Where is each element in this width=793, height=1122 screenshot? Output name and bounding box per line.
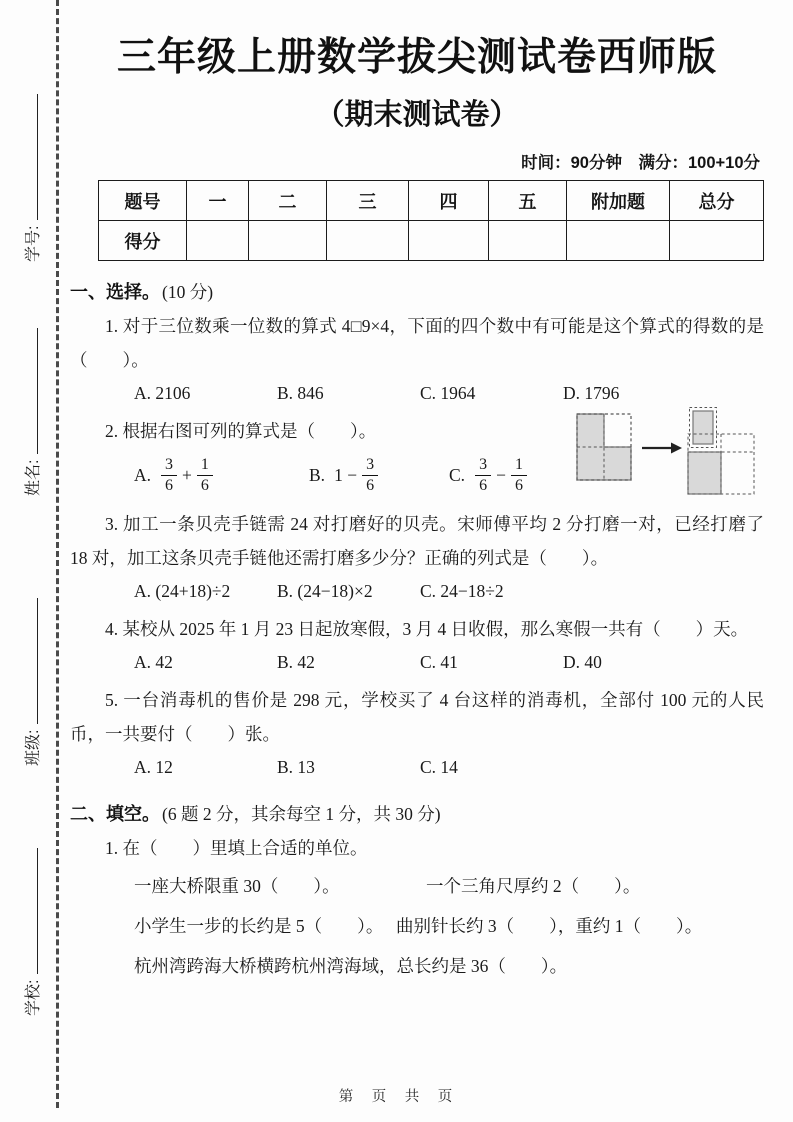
school-blank-line bbox=[25, 848, 38, 974]
option: B. 13 bbox=[277, 751, 420, 783]
question-3-text: 3. 加工一条贝壳手链需 24 对打磨好的贝壳。宋师傅平均 2 分打磨一对，已经… bbox=[70, 507, 764, 575]
name-blank-line bbox=[25, 328, 38, 454]
operator: + bbox=[182, 465, 192, 486]
points-row-label: 得分 bbox=[99, 221, 187, 261]
points-empty-cell bbox=[670, 221, 764, 261]
option-label: A. bbox=[134, 465, 151, 486]
question-4-options: A. 42B. 42C. 41D. 40 bbox=[134, 646, 764, 678]
score-header-cell: 三 bbox=[327, 181, 409, 221]
section-2-heading: 二、填空。(6 题 2 分，其余每空 1 分，共 30 分) bbox=[70, 800, 764, 826]
points-empty-cell bbox=[567, 221, 670, 261]
score-table: 题号 一 二 三 四 五 附加题 总分 得分 bbox=[98, 180, 764, 261]
fill-in-item: 曲别针长约 3（ ），重约 1（ ）。 bbox=[396, 907, 702, 945]
fill-in-line: 一座大桥限重 30（ ）。一个三角尺厚约 2（ ）。 bbox=[134, 867, 764, 905]
fraction: 36 bbox=[161, 456, 177, 495]
score-table-points-row: 得分 bbox=[99, 221, 764, 261]
option: A. (24+18)÷2 bbox=[134, 575, 277, 607]
fraction: 36 bbox=[362, 456, 378, 495]
score-header-cell: 四 bbox=[409, 181, 489, 221]
score-header-cell: 附加题 bbox=[567, 181, 670, 221]
paper-content: 三年级上册数学拔尖测试卷西师版 （期末测试卷） 时间：90分钟 满分：100+1… bbox=[70, 0, 770, 985]
fill-in-line: 杭州湾跨海大桥横跨杭州湾海域，总长约是 36（ ）。 bbox=[134, 947, 764, 985]
score-header-cell: 题号 bbox=[99, 181, 187, 221]
student-info-sidebar: 学号: 姓名: 班级: 学校: bbox=[0, 0, 57, 1122]
operand: 1 − bbox=[334, 465, 357, 486]
score-header-cell: 一 bbox=[187, 181, 249, 221]
section-2-title: 二、填空。 bbox=[70, 804, 160, 824]
option: C. 41 bbox=[420, 646, 563, 678]
left-shaded-grid bbox=[577, 414, 631, 480]
exam-time-score-info: 时间：90分钟 满分：100+10分 bbox=[70, 149, 764, 173]
school-label: 学校: bbox=[25, 980, 42, 1016]
section-2-score: (6 题 2 分，其余每空 1 分，共 30 分) bbox=[162, 804, 441, 824]
points-empty-cell bbox=[187, 221, 249, 261]
sidebar-dashed-divider bbox=[56, 0, 59, 1108]
question-2-text: 2. 根据右图可列的算式是（ ）。 bbox=[70, 414, 540, 448]
class-label: 班级: bbox=[25, 730, 42, 766]
student-number-label: 学号: bbox=[25, 226, 42, 262]
option: B. 846 bbox=[277, 377, 420, 409]
section-1-score: (10 分) bbox=[162, 282, 213, 302]
student-number-blank-line bbox=[25, 94, 38, 220]
option: A. 12 bbox=[134, 751, 277, 783]
fill-in-item: 杭州湾跨海大桥横跨杭州湾海域，总长约是 36（ ）。 bbox=[134, 947, 567, 985]
operator: − bbox=[496, 465, 506, 486]
fraction: 16 bbox=[511, 456, 527, 495]
sidebar-field-school: 学校: bbox=[20, 826, 42, 1016]
score-table-header-row: 题号 一 二 三 四 五 附加题 总分 bbox=[99, 181, 764, 221]
class-blank-line bbox=[25, 598, 38, 724]
question-3-options: A. (24+18)÷2B. (24−18)×2C. 24−18÷2 bbox=[134, 575, 764, 607]
fill-in-question-1-text: 1. 在（ ）里填上合适的单位。 bbox=[70, 831, 764, 865]
fraction-diagram bbox=[572, 406, 762, 498]
option: C. 14 bbox=[420, 751, 563, 783]
question-1-text: 1. 对于三位数乘一位数的算式 4□9×4，下面的四个数中有可能是这个算式的得数… bbox=[70, 309, 764, 377]
option-a: A. 36 + 16 bbox=[134, 456, 309, 495]
option-c: C. 36 − 16 bbox=[449, 456, 530, 495]
fraction: 36 bbox=[475, 456, 491, 495]
question-1-options: A. 2106B. 846C. 1964D. 1796 bbox=[134, 377, 764, 409]
score-header-cell: 总分 bbox=[670, 181, 764, 221]
option: B. (24−18)×2 bbox=[277, 575, 420, 607]
fill-in-item: 一个三角尺厚约 2（ ）。 bbox=[426, 867, 640, 905]
points-empty-cell bbox=[327, 221, 409, 261]
sidebar-field-student-number: 学号: bbox=[20, 72, 42, 262]
option: A. 2106 bbox=[134, 377, 277, 409]
fill-in-item: 小学生一步的长约是 5（ ）。 bbox=[134, 907, 396, 945]
page-footer: 第 页 共 页 bbox=[0, 1085, 793, 1106]
question-4-text: 4. 某校从 2025 年 1 月 23 日起放寒假，3 月 4 日收假，那么寒… bbox=[70, 612, 764, 646]
score-header-cell: 五 bbox=[489, 181, 567, 221]
moved-piece bbox=[690, 408, 717, 448]
arrow-icon bbox=[642, 443, 682, 454]
question-5-options: A. 12B. 13C. 14 bbox=[134, 751, 764, 783]
question-2-block: 2. 根据右图可列的算式是（ ）。 A. 36 + 16 B. 1 − 36 C… bbox=[70, 414, 764, 502]
sidebar-field-name: 姓名: bbox=[20, 306, 42, 496]
option: C. 24−18÷2 bbox=[420, 575, 563, 607]
points-empty-cell bbox=[409, 221, 489, 261]
fill-in-line: 小学生一步的长约是 5（ ）。曲别针长约 3（ ），重约 1（ ）。 bbox=[134, 907, 764, 945]
points-empty-cell bbox=[489, 221, 567, 261]
points-empty-cell bbox=[249, 221, 327, 261]
name-label: 姓名: bbox=[25, 460, 42, 496]
option: D. 1796 bbox=[563, 377, 706, 409]
fill-in-item: 一座大桥限重 30（ ）。 bbox=[134, 867, 426, 905]
sidebar-field-class: 班级: bbox=[20, 576, 42, 766]
option: B. 42 bbox=[277, 646, 420, 678]
option: A. 42 bbox=[134, 646, 277, 678]
question-5-text: 5. 一台消毒机的售价是 298 元，学校买了 4 台这样的消毒机，全部付 10… bbox=[70, 683, 764, 751]
fraction: 16 bbox=[197, 456, 213, 495]
option: D. 40 bbox=[563, 646, 706, 678]
section-1-title: 一、选择。 bbox=[70, 282, 160, 302]
option: C. 1964 bbox=[420, 377, 563, 409]
option-label: C. bbox=[449, 465, 465, 486]
option-b: B. 1 − 36 bbox=[309, 456, 449, 495]
section-1-heading: 一、选择。(10 分) bbox=[70, 278, 764, 304]
score-header-cell: 二 bbox=[249, 181, 327, 221]
page-title: 三年级上册数学拔尖测试卷西师版 bbox=[70, 26, 764, 82]
option-label: B. bbox=[309, 465, 325, 486]
page-subtitle: （期末测试卷） bbox=[70, 92, 764, 133]
